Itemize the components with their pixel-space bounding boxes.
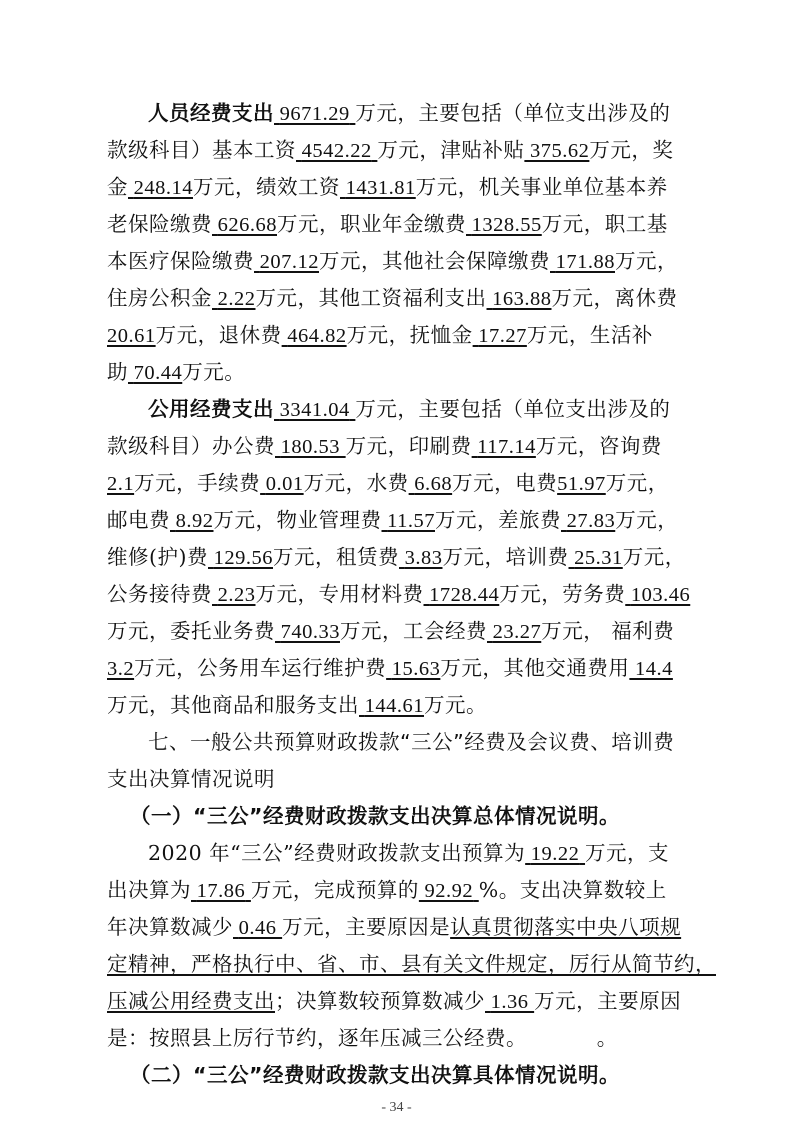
subsection-1-heading: （一）“三公”经费财政拨款支出决算总体情况说明。 — [130, 803, 720, 829]
section-7-heading-line-1: 七、一般公共预算财政拨款“三公”经费及会议费、培训费 — [148, 729, 697, 755]
public-line-3: 2.1万元，手续费 0.01万元，水费 6.68万元，电费51.97万元， — [107, 470, 697, 497]
personnel-line-5: 本医疗保险缴费 207.12万元，其他社会保障缴费 171.88万元， — [107, 248, 697, 275]
public-total: 3341.04 — [274, 399, 355, 421]
public-line-9: 万元，其他商品和服务支出 144.61万元。 — [107, 692, 697, 719]
public-line-5: 维修(护)费 129.56万元，租赁费 3.83万元，培训费 25.31万元， — [107, 544, 697, 571]
personnel-line-6: 住房公积金 2.22万元，其他工资福利支出 163.88万元，离休费 — [107, 285, 697, 312]
personnel-line-2: 款级科目）基本工资 4542.22 万元，津贴补贴 375.62万元，奖 — [107, 137, 697, 164]
public-title: 公用经费支出 — [148, 397, 274, 421]
personnel-title: 人员经费支出 — [148, 101, 274, 125]
public-line-8: 3.2万元，公务用车运行维护费 15.63万元，其他交通费用 14.4 — [107, 655, 697, 682]
public-line-6: 公务接待费 2.23万元，专用材料费 1728.44万元，劳务费 103.46 — [107, 581, 697, 608]
three-public-para-line-2: 出决算为 17.86 万元，完成预算的 92.92 %。支出决算数较上 — [107, 877, 697, 904]
three-public-para-line-1: 2020 年“三公”经费财政拨款支出预算为 19.22 万元，支 — [148, 840, 697, 867]
three-public-para-line-5: 压减公用经费支出；决算数较预算数减少 1.36 万元，主要原因 — [107, 988, 697, 1015]
subsection-2-heading: （二）“三公”经费财政拨款支出决算具体情况说明。 — [130, 1062, 720, 1088]
actual-value: 17.86 — [197, 880, 246, 902]
personnel-line-4: 老保险缴费 626.68万元，职业年金缴费 1328.55万元，职工基 — [107, 211, 697, 238]
personnel-total: 9671.29 — [274, 103, 355, 125]
personnel-line-8: 助 70.44万元。 — [107, 359, 697, 386]
public-line-2: 款级科目）办公费 180.53 万元，印刷费 117.14万元，咨询费 — [107, 433, 697, 460]
three-public-para-line-6: 是：按照县上厉行节约，逐年压减三公经费。。 — [107, 1025, 697, 1051]
budget-value: 19.22 — [531, 843, 580, 865]
personnel-line-1: 人员经费支出 9671.29 万元，主要包括（单位支出涉及的 — [148, 100, 697, 127]
page-number: - 34 - — [0, 1100, 793, 1116]
decrease-vs-budget: 1.36 — [491, 991, 529, 1013]
section-7-heading-line-2: 支出决算情况说明 — [107, 766, 697, 792]
public-line-7: 万元，委托业务费 740.33万元，工会经费 23.27万元， 福利费 — [107, 618, 697, 645]
completion-pct: 92.92 — [425, 880, 474, 902]
public-line-1: 公用经费支出 3341.04 万元，主要包括（单位支出涉及的 — [148, 396, 697, 423]
three-public-para-line-4: 定精神，严格执行中、省、市、县有关文件规定，厉行从简节约， — [107, 951, 697, 977]
public-line-4: 邮电费 8.92万元，物业管理费 11.57万元，差旅费 27.83万元， — [107, 507, 697, 534]
three-public-para-line-3: 年决算数减少 0.46 万元，主要原因是认真贯彻落实中央八项规 — [107, 914, 697, 941]
decrease-vs-prev: 0.46 — [239, 917, 277, 939]
document-page: 人员经费支出 9671.29 万元，主要包括（单位支出涉及的 款级科目）基本工资… — [0, 0, 793, 1122]
personnel-line-3: 金 248.14万元，绩效工资 1431.81万元，机关事业单位基本养 — [107, 174, 697, 201]
personnel-line-7: 20.61万元，退休费 464.82万元，抚恤金 17.27万元，生活补 — [107, 322, 697, 349]
